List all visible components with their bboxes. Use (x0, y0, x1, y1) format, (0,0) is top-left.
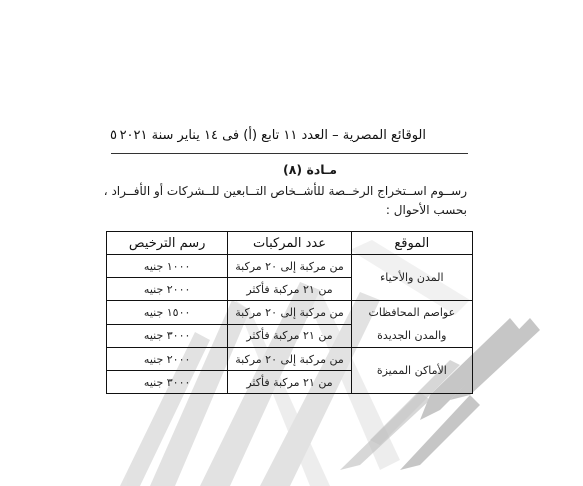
article-body-line-1: رســوم اســتخراج الرخــصة للأشــخاص التـ… (112, 182, 467, 201)
location-cell: عواصم المحافظات والمدن الجديدة (351, 301, 472, 348)
column-header-location: الموقع (351, 232, 472, 255)
column-header-license-fee: رسم الترخيص (107, 232, 228, 255)
table-row: المدن والأحياء من مركبة إلى ٢٠ مركبة ١٠٠… (107, 255, 473, 278)
license-fee-cell: ١٥٠٠ جنيه (107, 301, 228, 325)
vehicle-count-cell: من مركبة إلى ٢٠ مركبة (228, 348, 351, 371)
page-header: الوقائع المصرية – العدد ١١ تابع (أ) فى ١… (108, 126, 470, 150)
page-number: ٥ (110, 128, 117, 143)
license-fee-cell: ٢٠٠٠ جنيه (107, 348, 228, 371)
article-body: رســوم اســتخراج الرخــصة للأشــخاص التـ… (112, 182, 467, 220)
location-cell: الأماكن المميزة (351, 348, 472, 394)
vehicle-count-cell: من مركبة إلى ٢٠ مركبة (228, 255, 351, 278)
license-fee-cell: ٣٠٠٠ جنيه (107, 371, 228, 394)
table-header-row: الموقع عدد المركبات رسم الترخيص (107, 232, 473, 255)
license-fees-table: الموقع عدد المركبات رسم الترخيص المدن وا… (106, 231, 473, 394)
license-fee-cell: ١٠٠٠ جنيه (107, 255, 228, 278)
vehicle-count-cell: من ٢١ مركبة فأكثر (228, 324, 351, 348)
location-cell: المدن والأحياء (351, 255, 472, 301)
column-header-vehicle-count: عدد المركبات (228, 232, 351, 255)
gazette-header-title: الوقائع المصرية – العدد ١١ تابع (أ) فى ١… (120, 128, 426, 143)
article-heading: مـادة (٨) (250, 162, 370, 177)
license-fee-cell: ٣٠٠٠ جنيه (107, 324, 228, 348)
license-fee-cell: ٢٠٠٠ جنيه (107, 278, 228, 301)
table-row: الأماكن المميزة من مركبة إلى ٢٠ مركبة ٢٠… (107, 348, 473, 371)
vehicle-count-cell: من مركبة إلى ٢٠ مركبة (228, 301, 351, 325)
vehicle-count-cell: من ٢١ مركبة فأكثر (228, 371, 351, 394)
table-row: عواصم المحافظات والمدن الجديدة من مركبة … (107, 301, 473, 325)
article-body-line-2: بحسب الأحوال : (112, 201, 467, 220)
header-divider (111, 153, 468, 154)
vehicle-count-cell: من ٢١ مركبة فأكثر (228, 278, 351, 301)
